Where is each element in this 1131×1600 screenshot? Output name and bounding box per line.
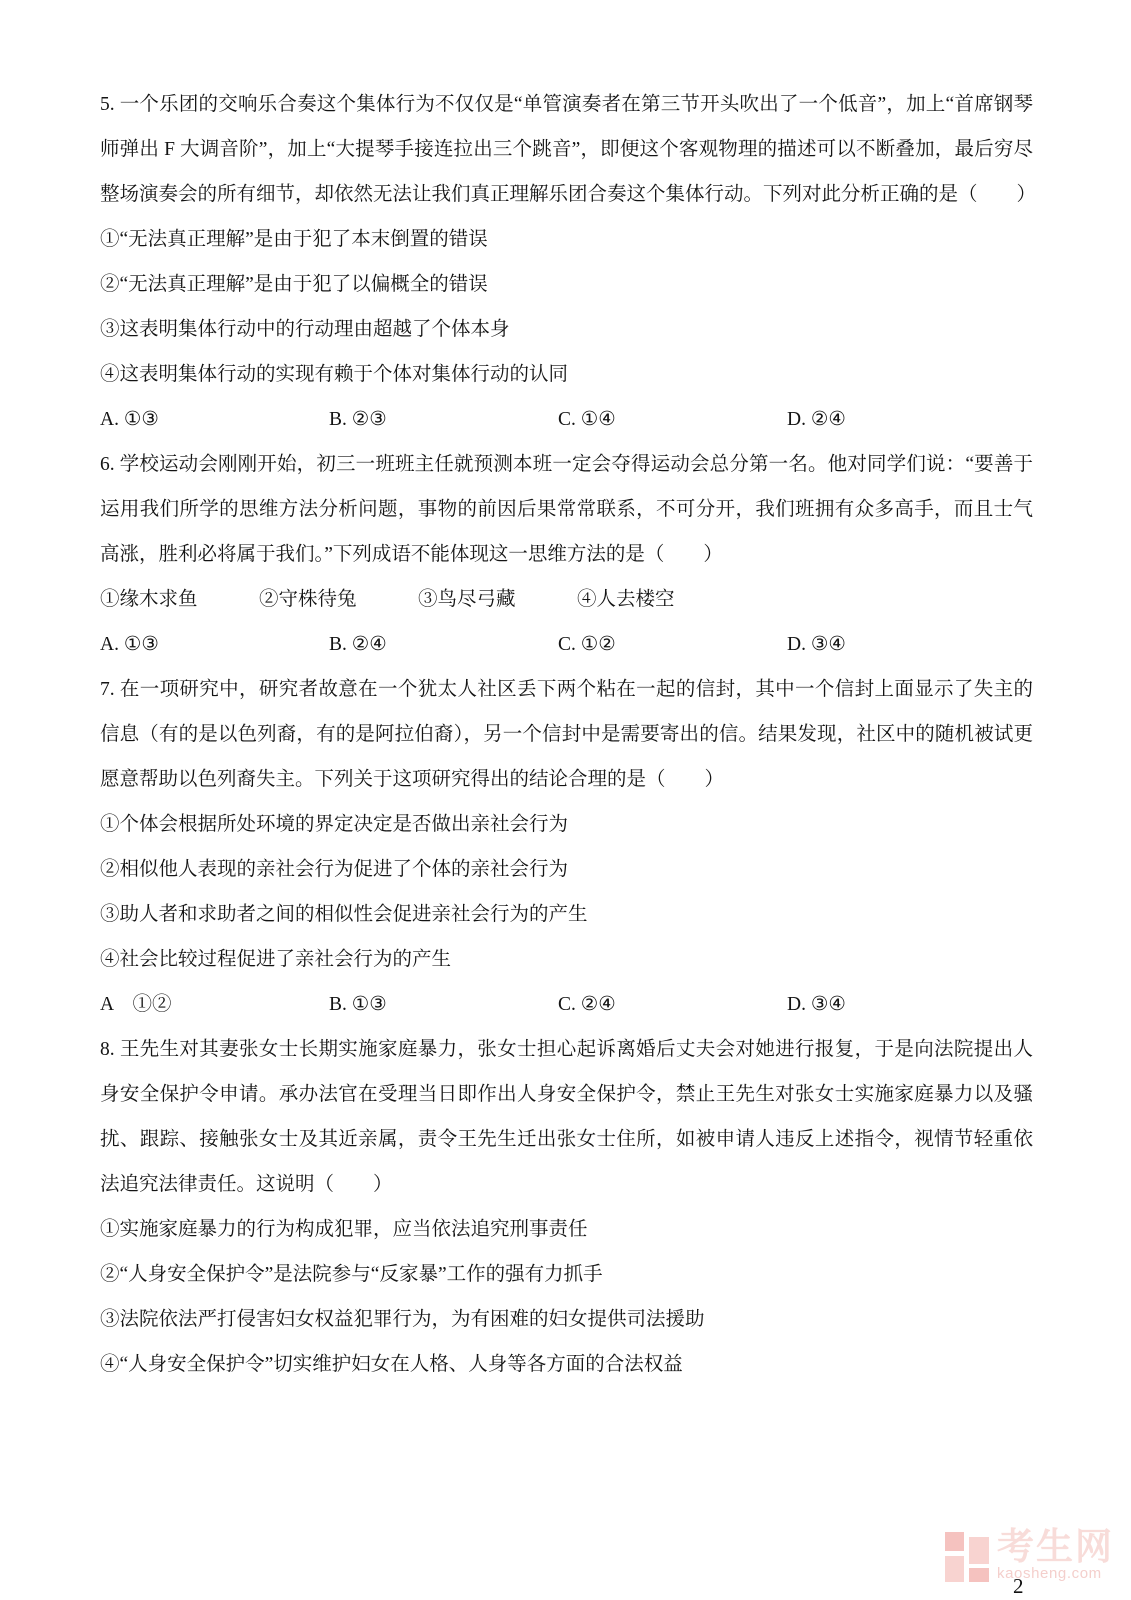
choice: C. ①②: [558, 622, 787, 667]
question-stem: 7. 在一项研究中，研究者故意在一个犹太人社区丢下两个粘在一起的信封，其中一个信…: [100, 667, 1033, 802]
choice: A ①②: [100, 982, 329, 1027]
statement: ②相似他人表现的亲社会行为促进了个体的亲社会行为: [100, 847, 1033, 892]
question-6: 6. 学校运动会刚刚开始，初三一班班主任就预测本班一定会夺得运动会总分第一名。他…: [100, 442, 1033, 667]
questions-list: 5. 一个乐团的交响乐合奏这个集体行为不仅仅是“单管演奏者在第三节开头吹出了一个…: [100, 82, 1033, 1387]
choice: D. ③④: [787, 982, 1033, 1027]
question-statements: ①缘木求鱼②守株待兔③鸟尽弓藏④人去楼空: [100, 577, 1033, 622]
watermark-site-name: 考生网: [997, 1529, 1114, 1567]
question-7: 7. 在一项研究中，研究者故意在一个犹太人社区丢下两个粘在一起的信封，其中一个信…: [100, 667, 1033, 1027]
statement: ①“无法真正理解”是由于犯了本末倒置的错误: [100, 217, 1033, 262]
choice: B. ①③: [329, 982, 558, 1027]
statement: ①缘木求鱼: [100, 577, 259, 622]
question-8: 8. 王先生对其妻张女士长期实施家庭暴力，张女士担心起诉离婚后丈夫会对她进行报复…: [100, 1027, 1033, 1387]
exam-paper-page: 5. 一个乐团的交响乐合奏这个集体行为不仅仅是“单管演奏者在第三节开头吹出了一个…: [0, 0, 1131, 1600]
choice: C. ②④: [558, 982, 787, 1027]
answer-choices-row: A ①②B. ①③C. ②④D. ③④: [100, 982, 1033, 1027]
statement: ①个体会根据所处环境的界定决定是否做出亲社会行为: [100, 802, 1033, 847]
statement: ②守株待兔: [259, 577, 418, 622]
question-stem: 6. 学校运动会刚刚开始，初三一班班主任就预测本班一定会夺得运动会总分第一名。他…: [100, 442, 1033, 577]
statement: ③鸟尽弓藏: [418, 577, 577, 622]
choice: B. ②③: [329, 397, 558, 442]
choice: D. ③④: [787, 622, 1033, 667]
kaosheng-logo-icon: [942, 1529, 990, 1582]
statement: ③助人者和求助者之间的相似性会促进亲社会行为的产生: [100, 892, 1033, 937]
statement: ③法院依法严打侵害妇女权益犯罪行为，为有困难的妇女提供司法援助: [100, 1297, 1033, 1342]
statement: ③这表明集体行动中的行动理由超越了个体本身: [100, 307, 1033, 352]
statement: ①实施家庭暴力的行为构成犯罪，应当依法追究刑事责任: [100, 1207, 1033, 1252]
choice: A. ①③: [100, 622, 329, 667]
page-number: 2: [1013, 1574, 1024, 1598]
question-statements: ①“无法真正理解”是由于犯了本末倒置的错误②“无法真正理解”是由于犯了以偏概全的…: [100, 217, 1033, 397]
question-statements: ①个体会根据所处环境的界定决定是否做出亲社会行为②相似他人表现的亲社会行为促进了…: [100, 802, 1033, 982]
choice: C. ①④: [558, 397, 787, 442]
kaosheng-watermark: 考生网 kaosheng.com: [942, 1529, 1114, 1582]
question-stem: 5. 一个乐团的交响乐合奏这个集体行为不仅仅是“单管演奏者在第三节开头吹出了一个…: [100, 82, 1033, 217]
answer-choices-row: A. ①③B. ②④C. ①②D. ③④: [100, 622, 1033, 667]
question-stem: 8. 王先生对其妻张女士长期实施家庭暴力，张女士担心起诉离婚后丈夫会对她进行报复…: [100, 1027, 1033, 1207]
answer-choices-row: A. ①③B. ②③C. ①④D. ②④: [100, 397, 1033, 442]
statement: ④这表明集体行动的实现有赖于个体对集体行动的认同: [100, 352, 1033, 397]
choice: D. ②④: [787, 397, 1033, 442]
statement: ④“人身安全保护令”切实维护妇女在人格、人身等各方面的合法权益: [100, 1342, 1033, 1387]
statement: ④社会比较过程促进了亲社会行为的产生: [100, 937, 1033, 982]
choice: A. ①③: [100, 397, 329, 442]
question-5: 5. 一个乐团的交响乐合奏这个集体行为不仅仅是“单管演奏者在第三节开头吹出了一个…: [100, 82, 1033, 442]
choice: B. ②④: [329, 622, 558, 667]
statement: ②“无法真正理解”是由于犯了以偏概全的错误: [100, 262, 1033, 307]
question-statements: ①实施家庭暴力的行为构成犯罪，应当依法追究刑事责任②“人身安全保护令”是法院参与…: [100, 1207, 1033, 1387]
statement: ④人去楼空: [577, 577, 675, 622]
statement: ②“人身安全保护令”是法院参与“反家暴”工作的强有力抓手: [100, 1252, 1033, 1297]
